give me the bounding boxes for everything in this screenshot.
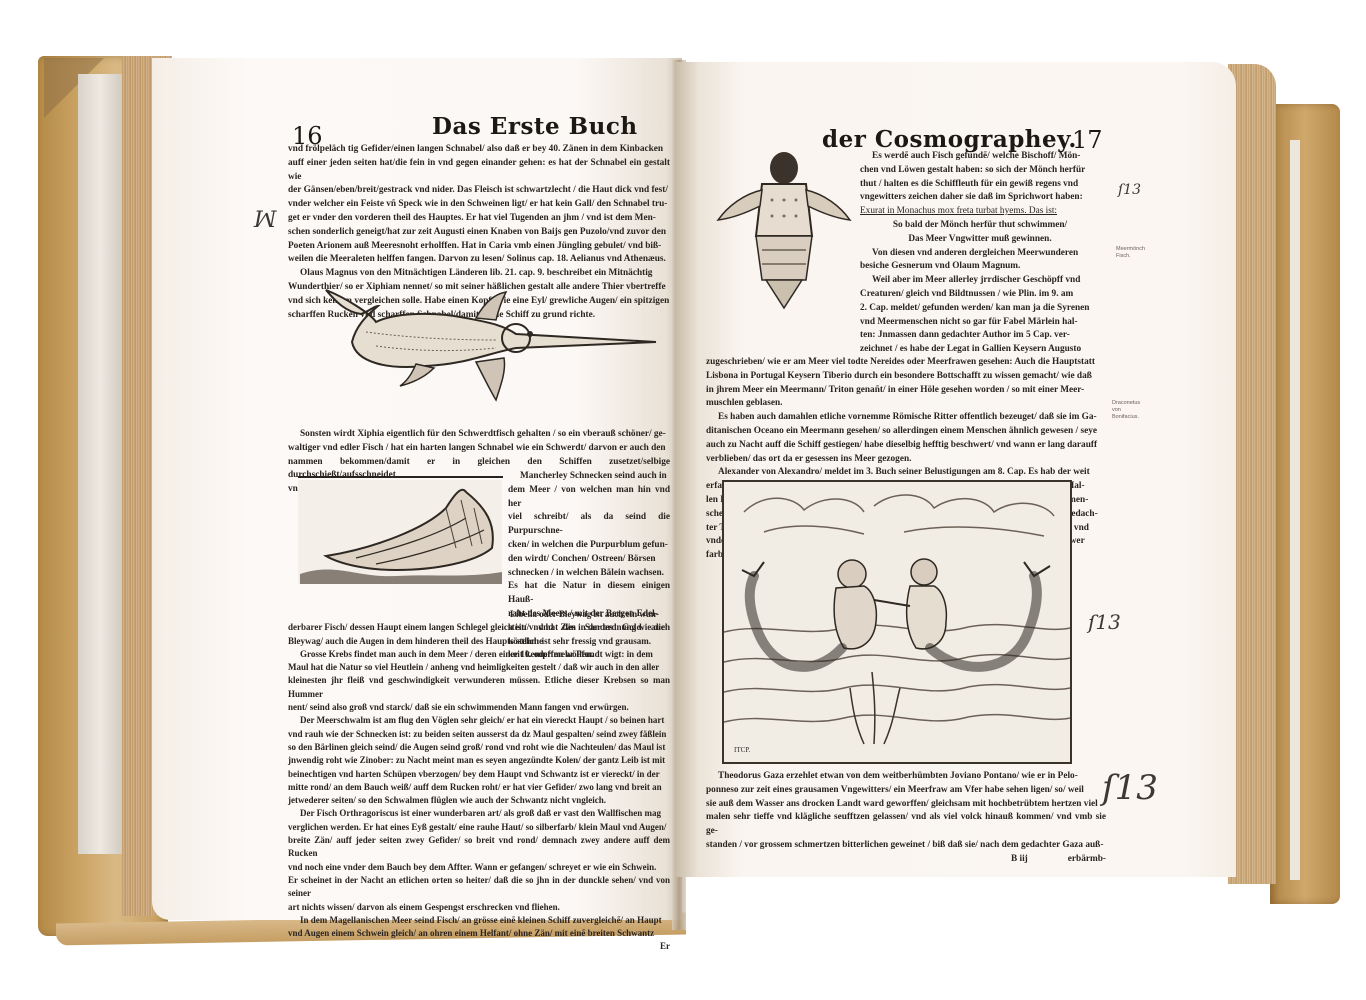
text-line: ponneso zur zeit eines grausamen Vngewit…	[706, 784, 1106, 798]
text-line: thut / halten es die Schiffleuth für ein…	[860, 178, 1100, 192]
text-line: art nichts wissen/ darvon als einem Gesp…	[288, 901, 670, 914]
text-line: breite Zän/ auff jeder seiten zwey Gefid…	[288, 834, 670, 861]
right-text-block-3: Theodorus Gaza erzehlet etwan von dem we…	[706, 770, 1106, 867]
text-line: Lisbona in Portugal Keysern Tiberio durc…	[706, 370, 1106, 384]
text-line: In dem Magellanischen Meer seind Fisch/ …	[288, 914, 670, 927]
open-book: 16 Das Erste Buch vnd frölpeläch tig Gef…	[0, 0, 1366, 1000]
text-line: dem Meer / von welchen man hin vnd her	[508, 484, 670, 512]
text-line: in jhrem Meer ein Meermann/ Triton genañ…	[706, 384, 1106, 398]
text-line: malen sehr tieffe vnd klägliche seufftze…	[706, 811, 1106, 839]
handwritten-mark-3: ſ13	[1102, 768, 1158, 808]
text-line: vnder welcher ein Feiste vñ Speck wie in…	[288, 198, 670, 212]
text-line: sie auß dem Wasser ans drocken Landt war…	[706, 798, 1106, 812]
text-line: besiche Gesnerum vnd Olaum Magnum.	[860, 260, 1100, 274]
text-line: cken/ in welchen die Purpurblum gefun-	[508, 539, 670, 553]
text-line: Es hat die Natur in diesem einigen Hauß-	[508, 580, 670, 608]
handwritten-mark-2: ſ13	[1088, 610, 1121, 634]
left-text-block-4: Libella oder Bleywag ist auch ein wun- d…	[288, 608, 670, 954]
text-line: vnd Meermenschen nicht so gar für Fabel …	[860, 316, 1100, 330]
text-line: so den Bärlinen gleich seind/ die Augen …	[288, 741, 670, 754]
text-line: jetwederer seiten/ so den Schwalmen flüg…	[288, 794, 670, 807]
text-line: Theodorus Gaza erzehlet etwan von dem we…	[706, 770, 1106, 784]
right-endpaper	[1290, 140, 1300, 880]
text-line: Maul hat die Natur so viel Heutlein / an…	[288, 661, 670, 674]
text-line: muschlen geblasen.	[706, 397, 1106, 411]
swordfish-woodcut	[316, 282, 666, 402]
text-line: schen sonderlich geneigt/hat zur zeit Au…	[288, 226, 670, 240]
right-text-block-1: Es werdẽ auch Fisch gefundẽ/ welche Bisc…	[860, 150, 1100, 357]
mermaid-merman-woodcut: ITCP.	[724, 482, 1070, 762]
text-line: viel schreibt/ als da seind die Purpursc…	[508, 511, 670, 539]
text-line: get er vnder den vorderen theil des Haup…	[288, 212, 670, 226]
text-line: standen / vor grossem schmertzen bitterl…	[706, 839, 1106, 853]
text-line: Weil aber im Meer allerley jrrdischer Ge…	[860, 274, 1100, 288]
text-line: schnecken / in welchen Bälein wachsen.	[508, 567, 670, 581]
text-line: Mancherley Schnecken seind auch in	[508, 470, 670, 484]
right-cover	[1270, 104, 1340, 904]
text-line: ditanischen Oceano ein Meermann gesehen/…	[706, 425, 1106, 439]
text-line: mitte rond/ an dem Bauch weiß/ auff dem …	[288, 781, 670, 794]
text-line: 2. Cap. meldet/ gefunden werden/ kan man…	[860, 302, 1100, 316]
text-line: vnd Augen einem Schwein gleich/ an ohren…	[288, 927, 670, 940]
text-line: auff einer jeden seiten hat/die fein in …	[288, 157, 670, 185]
text-line: vnd noch eine vnder dem Bauch bey dem Af…	[288, 861, 670, 874]
text-line: Creaturen/ gleich vnd Bildtnussen / wie …	[860, 288, 1100, 302]
text-line: auch zu Nacht auff die Schiff gestiegen/…	[706, 439, 1106, 453]
text-line: den wirdt/ Conchen/ Ostreen/ Börsen	[508, 553, 670, 567]
text-line: verglichen werden. Er hat eines Eyß gest…	[288, 821, 670, 834]
text-line: Libella oder Bleywag ist auch ein wun-	[288, 608, 670, 621]
text-line: vnd rauh wie der Schnecken ist: zu beide…	[288, 728, 670, 741]
text-line: Von diesen vnd anderen dergleichen Meerw…	[860, 247, 1100, 261]
verse-line: Das Meer Vngwitter muß gewinnen.	[860, 233, 1100, 247]
running-head-right: der Cosmographey.	[822, 126, 1077, 153]
text-line: jnwendig roht wie Zinober: zu Nacht mein…	[288, 754, 670, 767]
text-line: verblieben/ das ort da er gesessen ins M…	[706, 453, 1106, 467]
text-line: nent/ seind also groß vnd starck/ daß si…	[288, 701, 670, 714]
mermaid-woodcut-frame: ITCP.	[722, 480, 1072, 764]
text-line: Olaus Magnus von den Mitnächtigen Länder…	[288, 267, 670, 281]
text-line: Es haben auch damahlen etliche vornemme …	[706, 411, 1106, 425]
text-line: vngewitters zeichen daher sie daß im Spr…	[860, 191, 1100, 205]
verse-line: So bald der Mönch herfür thut schwimmen/	[860, 219, 1100, 233]
text-line: Der Fisch Orthragoriscus ist einer wunde…	[288, 807, 670, 820]
text-line: ten: Jnmassen dann gedachter Author im 5…	[860, 329, 1100, 343]
signature-mark: B iij	[1011, 853, 1028, 867]
text-line: Sonsten wirdt Xiphia eigentlich für den …	[288, 428, 670, 442]
text-line: beinechtigen vnd harten Schüpen vberzoge…	[288, 768, 670, 781]
text-line: Poeten Arionem auß Meeresnoht erholffen.…	[288, 240, 670, 254]
margin-note-2: Draconetus von Bonifacius.	[1112, 400, 1148, 421]
latin-proverb: Exurat in Monachus mox freta turbat hyem…	[860, 205, 1100, 219]
text-line: Der Meerschwalm ist am flug den Vöglen s…	[288, 714, 670, 727]
margin-note-1: Meermönch Fisch.	[1116, 246, 1150, 260]
handwritten-mark-1: ſ13	[1118, 182, 1141, 198]
left-endpaper	[78, 74, 122, 854]
text-line: Alexander von Alexandro/ meldet im 3. Bu…	[706, 466, 1106, 480]
text-line: waltiger vnd edler Fisch / hat ein harte…	[288, 442, 670, 456]
text-line: weilen die Meeraleten helffen fangen. Da…	[288, 253, 670, 267]
text-line: zugeschrieben/ wie er am Meer viel todte…	[706, 356, 1106, 370]
text-line: Bleywag/ auch die Augen in dem hinderen …	[288, 635, 670, 648]
catchword: erbärmb-	[1068, 853, 1106, 867]
text-line: der Gänsen/eben/breit/gestrack vnd nider…	[288, 184, 670, 198]
text-line: Er scheinet in der Nacht an etlichen ort…	[288, 874, 670, 901]
text-line: chen vnd Löwen gestalt haben: so sich de…	[860, 164, 1100, 178]
text-line: derbarer Fisch/ dessen Haupt einem lange…	[288, 621, 670, 634]
text-line: Grosse Krebs findet man auch in dem Meer…	[288, 648, 670, 661]
sea-snail-woodcut	[296, 478, 506, 588]
text-line: vnd frölpeläch tig Gefider/einen langen …	[288, 143, 670, 157]
woodcut-monogram: ITCP.	[734, 746, 750, 754]
sea-monk-woodcut	[714, 150, 854, 310]
text-line: zeichnet / es habe der Legat in Gallien …	[860, 343, 1100, 357]
text-line: Es werdẽ auch Fisch gefundẽ/ welche Bisc…	[860, 150, 1100, 164]
running-head-left: Das Erste Buch	[432, 113, 638, 140]
catchword: Er	[288, 940, 670, 953]
handwritten-margin-mark: ꟽ	[254, 208, 277, 233]
text-line: kleinesten jhr fleiß vnd geschwindigkeit…	[288, 674, 670, 701]
